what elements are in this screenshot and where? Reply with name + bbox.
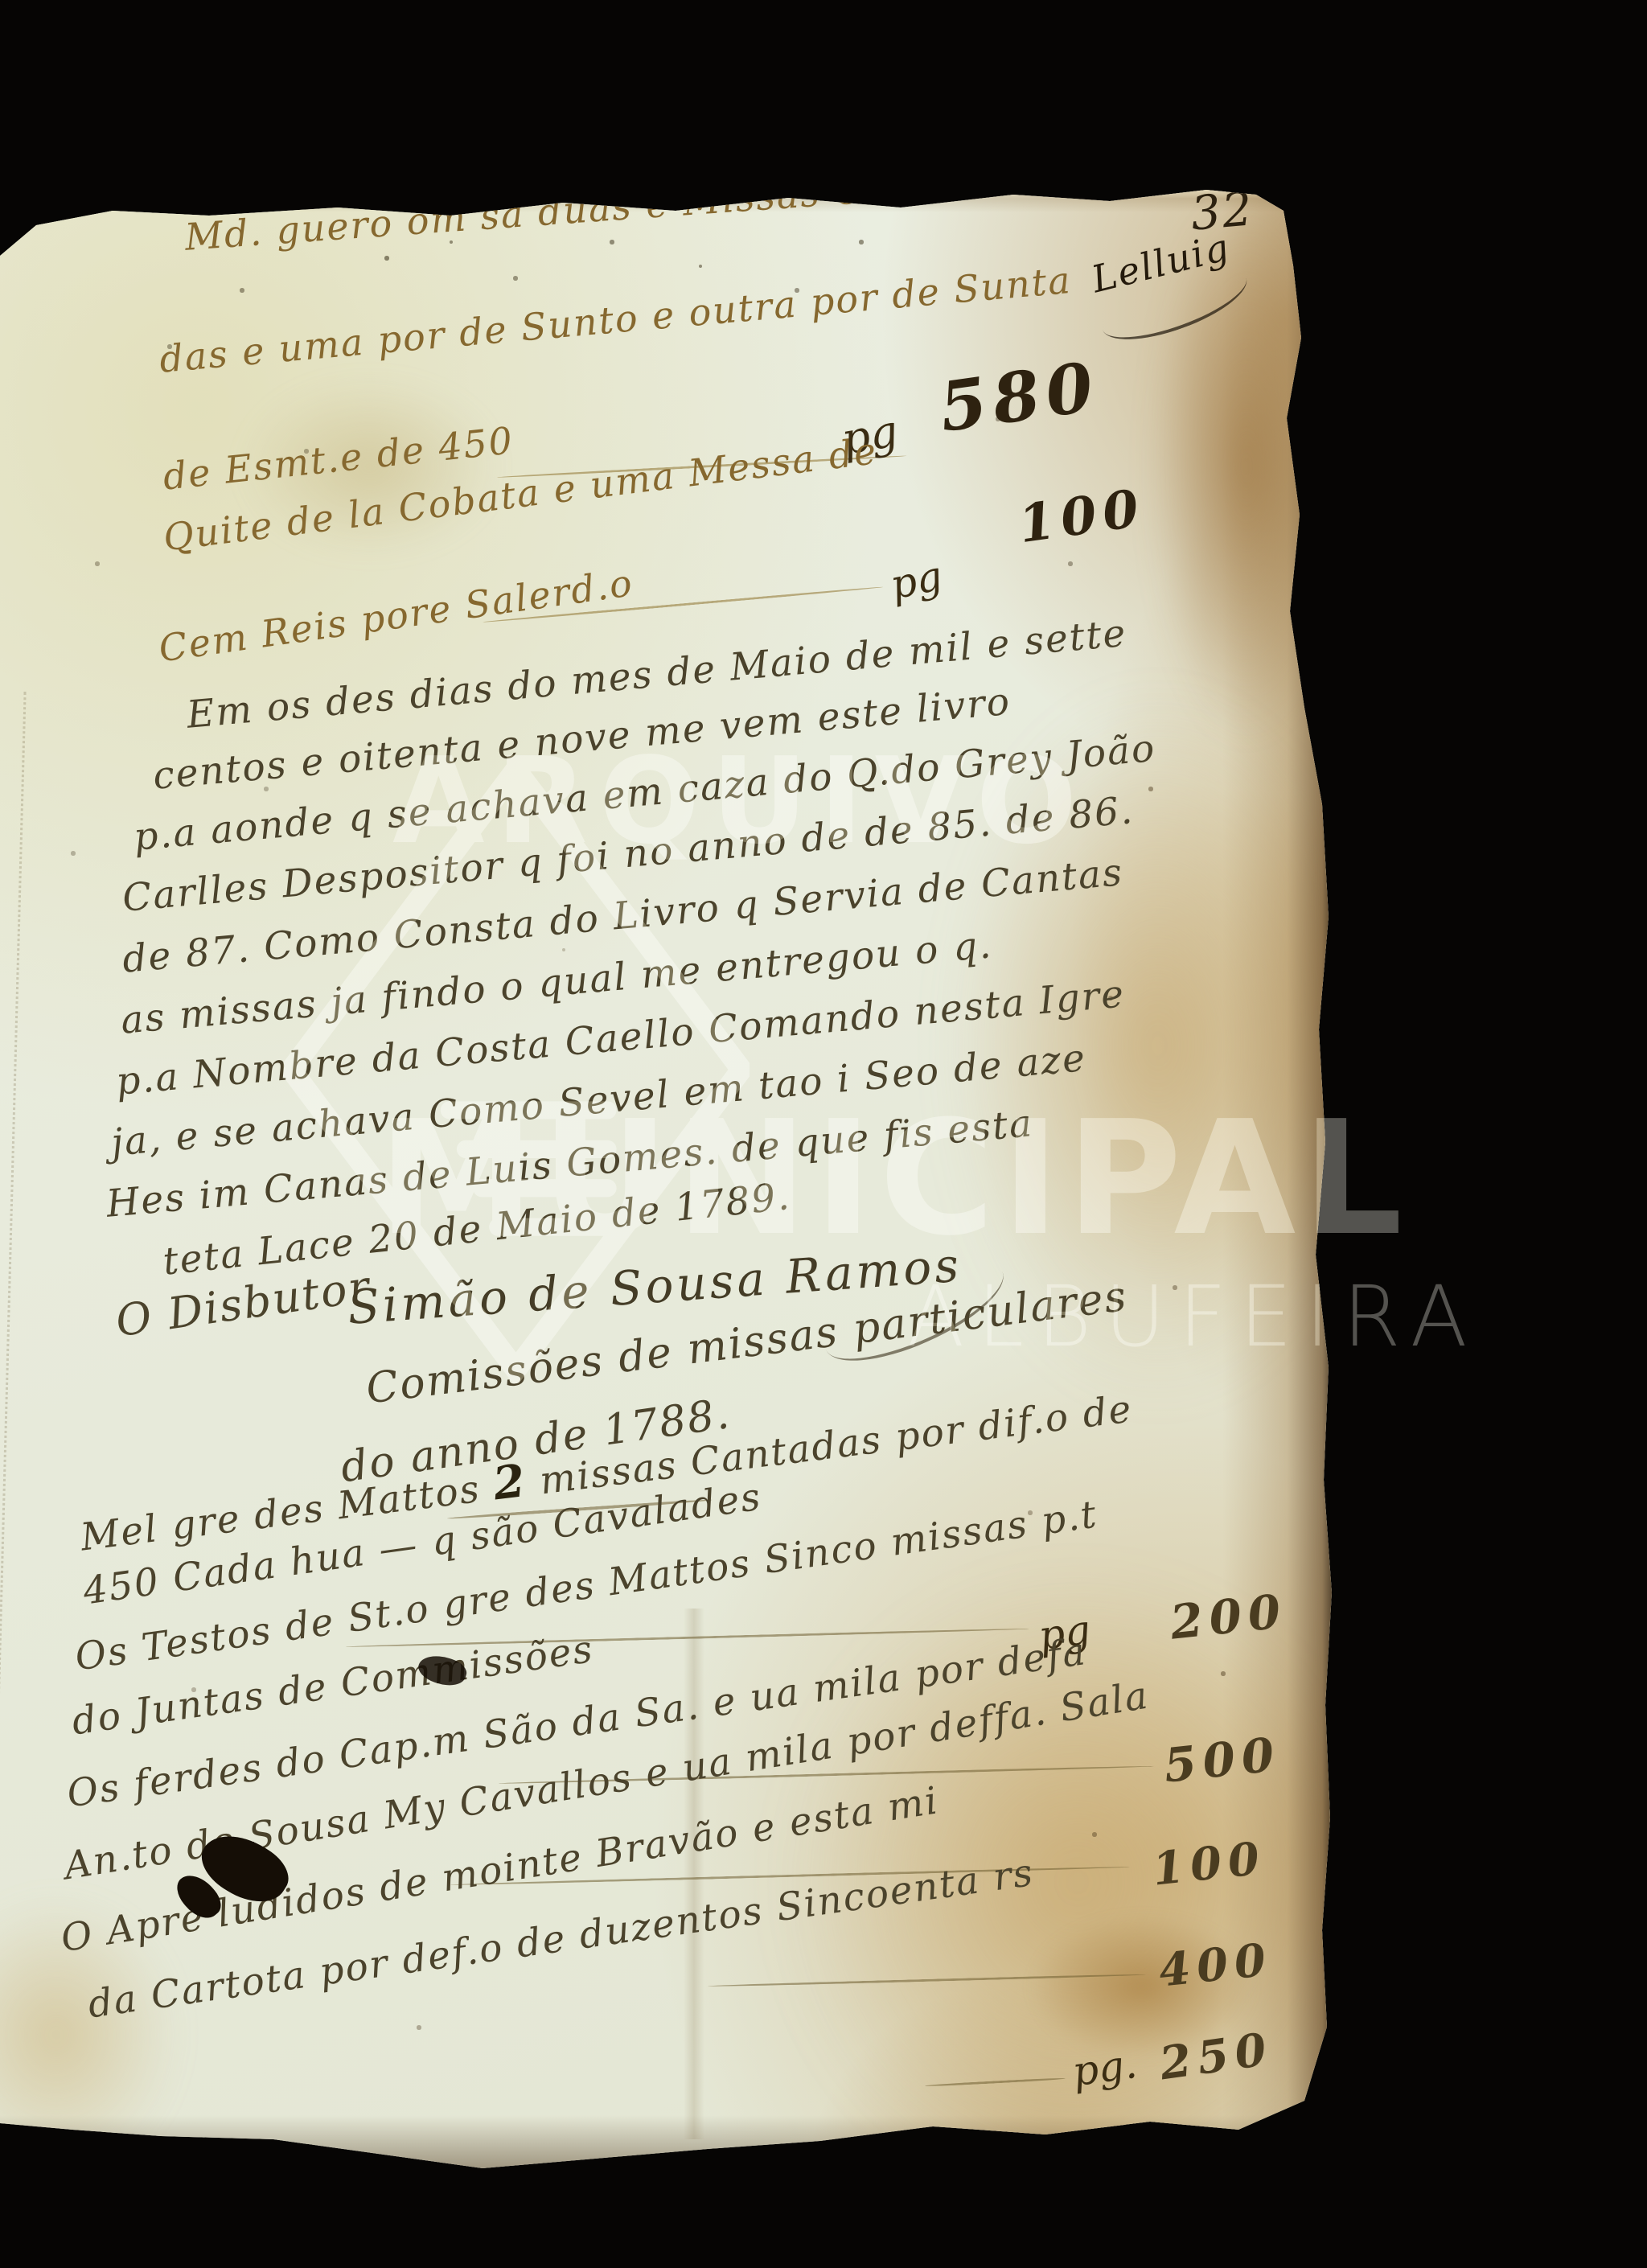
watermark-arquivo: ARQUIVO xyxy=(392,732,1088,870)
scanned-manuscript-page: ARQUIVO MUNICIPAL ALBUFEIRA 32 Lelluig M… xyxy=(0,0,1647,2268)
watermark-municipal: MUNICIPAL xyxy=(378,1087,1409,1271)
watermark-layer: ARQUIVO MUNICIPAL ALBUFEIRA xyxy=(0,0,1647,2268)
watermark-albufeira: ALBUFEIRA xyxy=(907,1268,1481,1366)
